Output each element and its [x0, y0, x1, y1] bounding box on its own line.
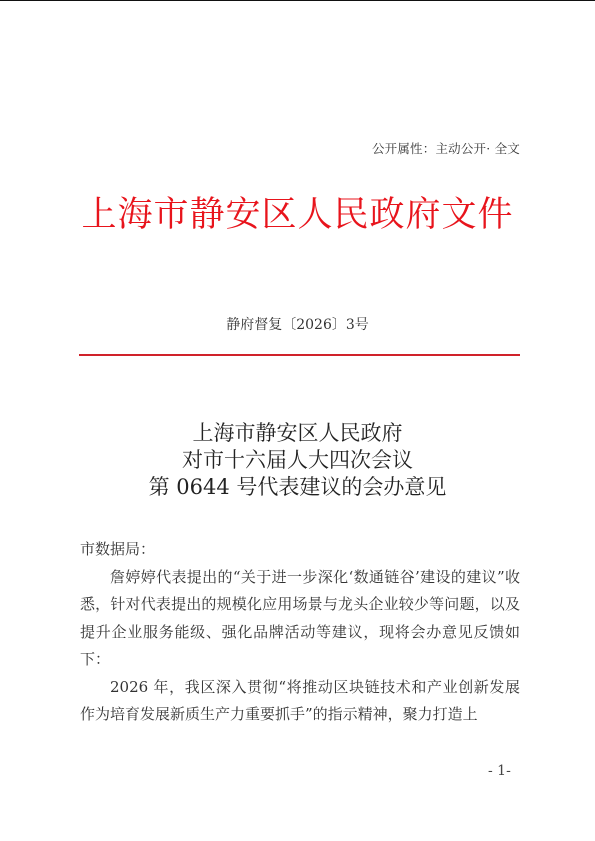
- body-paragraph-1: 詹婷婷代表提出的“关于进一步深化‘数通链谷’建设的建议”收悉，针对代表提出的规模…: [80, 564, 520, 674]
- page-top-border: [0, 0, 595, 1]
- body-paragraph-2: 2026 年，我区深入贯彻“将推动区块链技术和产业创新发展作为培育发展新质生产力…: [80, 674, 520, 729]
- recipient-line: 市数据局：: [80, 536, 520, 564]
- document-body: 市数据局： 詹婷婷代表提出的“关于进一步深化‘数通链谷’建设的建议”收悉，针对代…: [80, 536, 520, 729]
- title-line-3: 第 0644 号代表建议的会办意见: [0, 474, 595, 501]
- title-line-2: 对市十六届人大四次会议: [0, 447, 595, 474]
- disclosure-attribute: 公开属性：主动公开· 全文: [372, 139, 520, 157]
- document-header-title: 上海市静安区人民政府文件: [0, 190, 595, 240]
- page-number: - 1-: [488, 763, 511, 779]
- document-title: 上海市静安区人民政府 对市十六届人大四次会议 第 0644 号代表建议的会办意见: [0, 420, 595, 501]
- red-separator-line: [79, 354, 520, 356]
- title-line-1: 上海市静安区人民政府: [0, 420, 595, 447]
- document-number: 静府督复〔2026〕3号: [0, 314, 595, 334]
